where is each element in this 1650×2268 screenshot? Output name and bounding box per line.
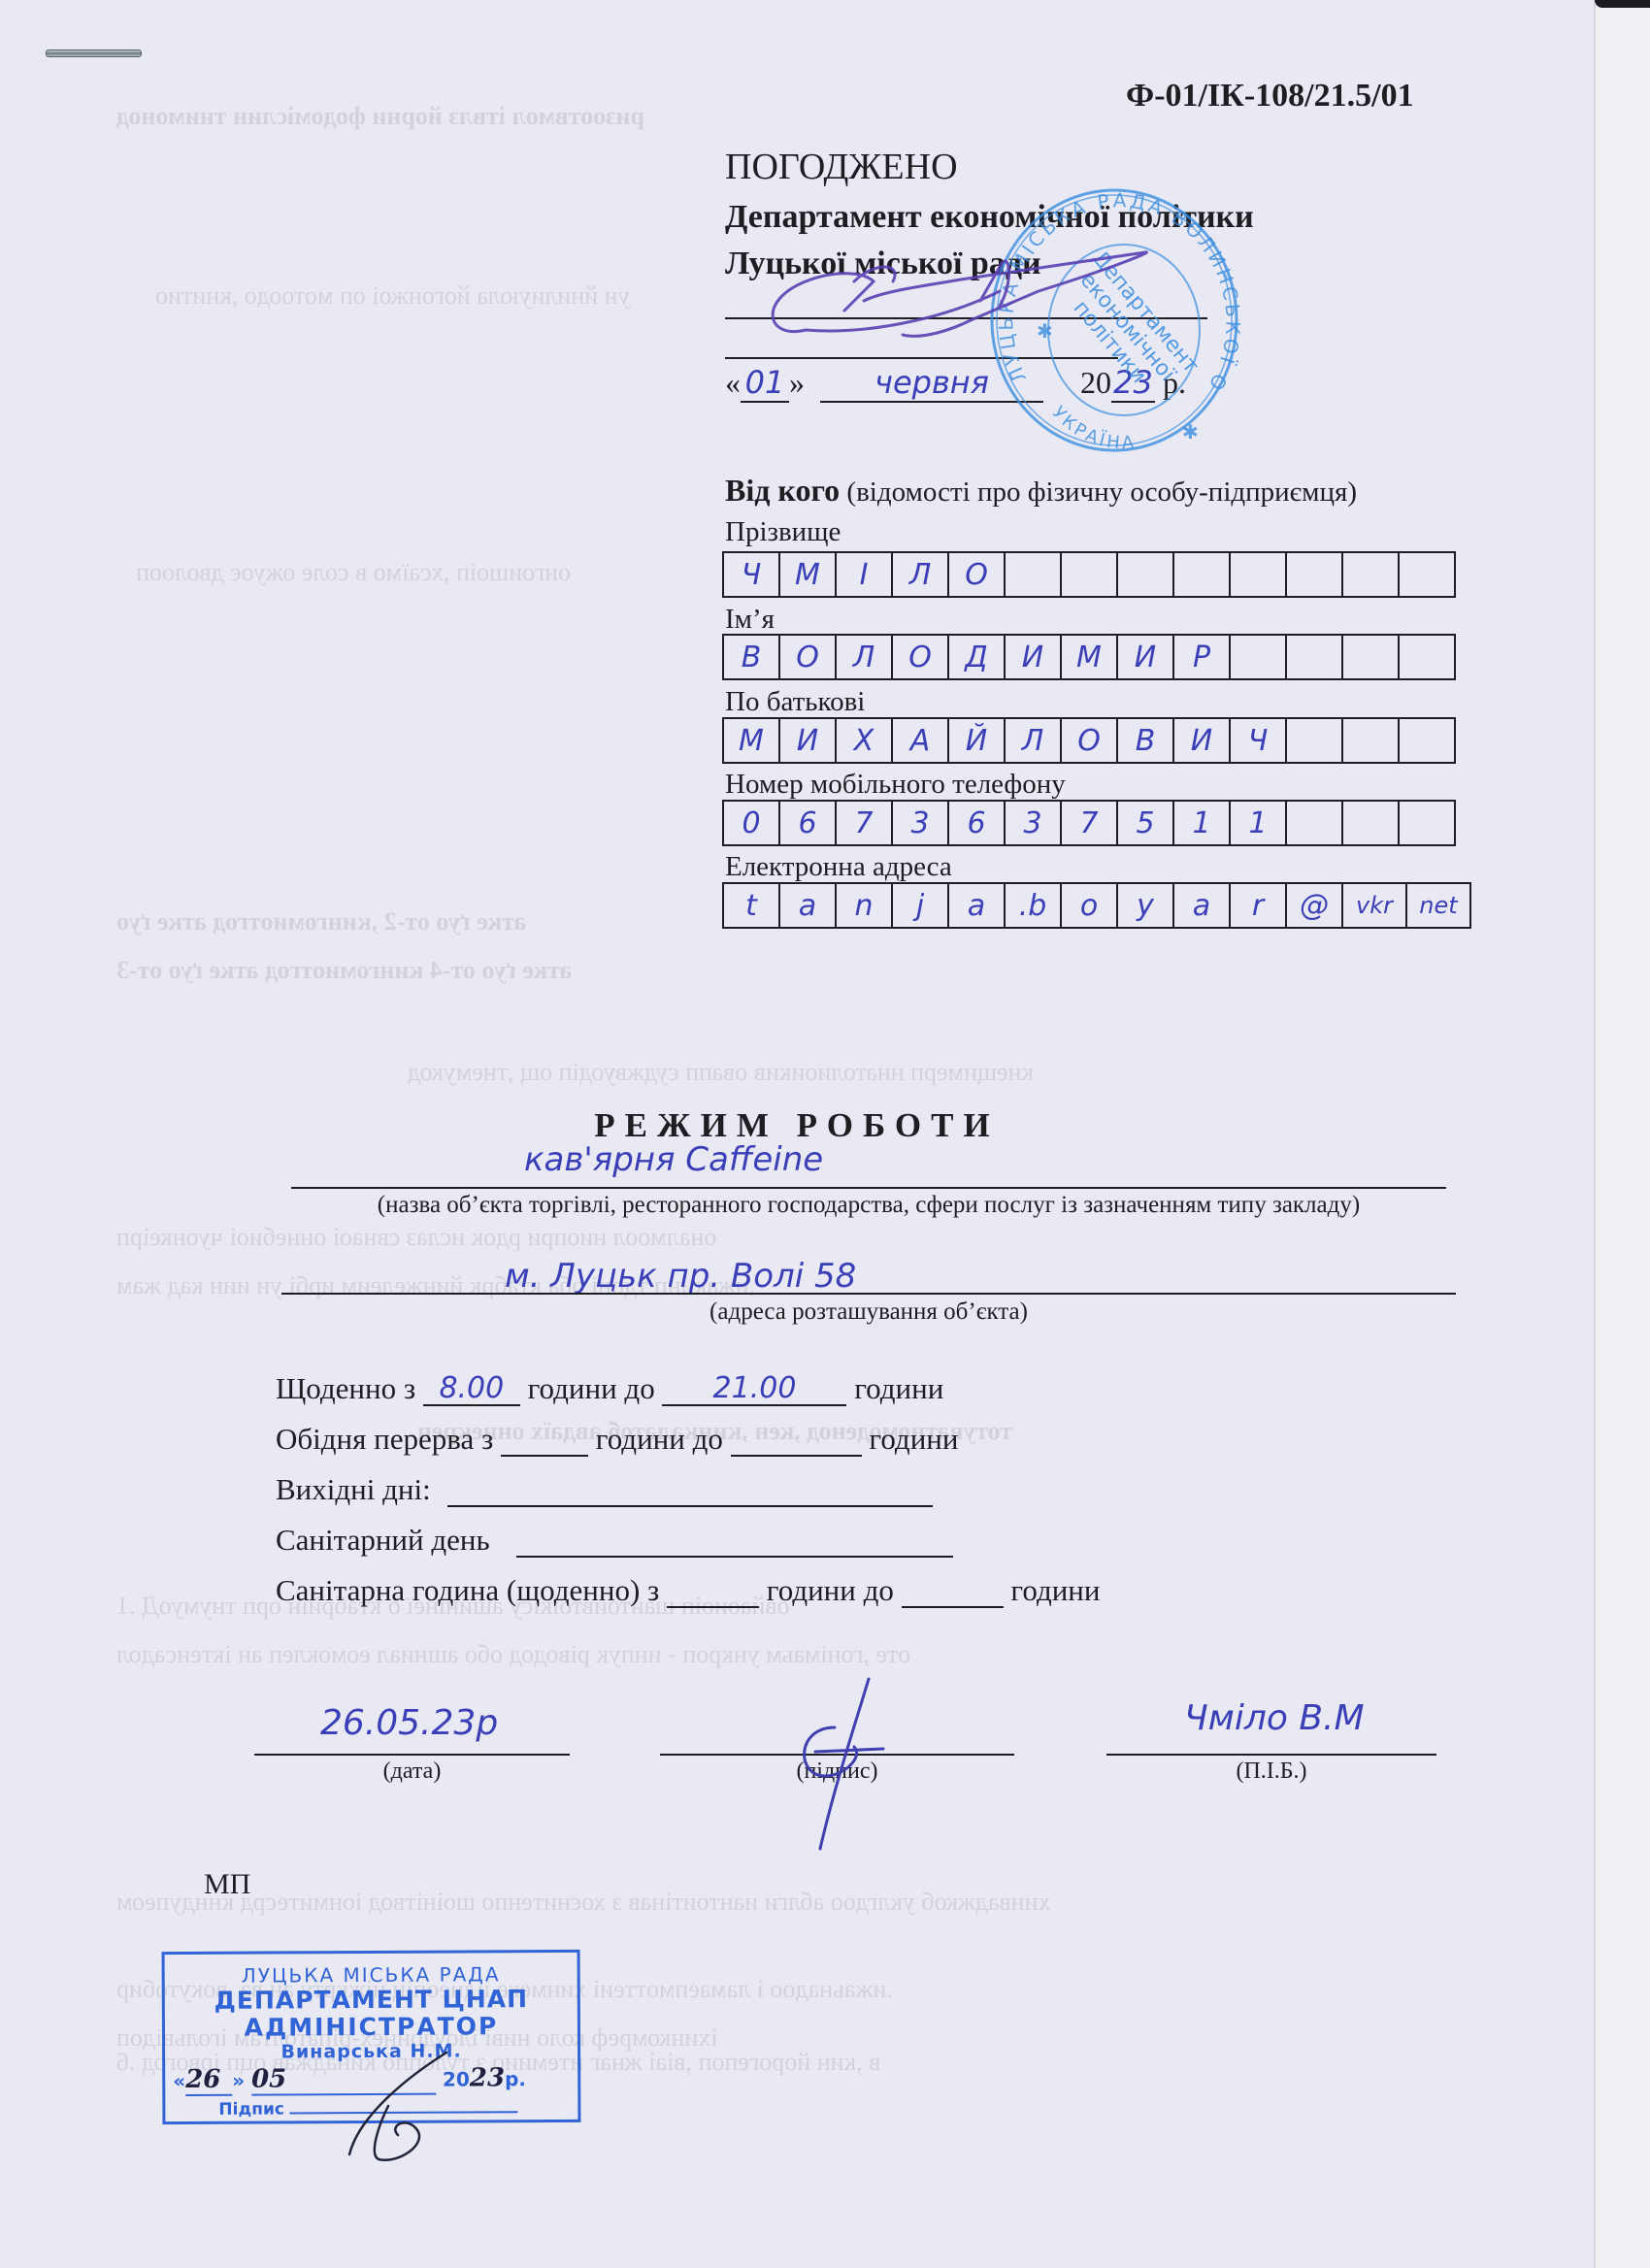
char-cell[interactable] [1287,636,1343,678]
round-stamp-bottom-text: УКРАЇНА [1048,403,1138,454]
char-cell[interactable]: a [1174,884,1231,927]
char-cell[interactable]: 1 [1174,802,1231,844]
schedule-row-sanitary-day: Санітарний день [276,1523,953,1558]
daily-from-value[interactable]: 8.00 [423,1371,520,1406]
surname-label: Прізвище [725,516,841,548]
first-name-label: Ім’я [725,604,775,636]
email-cells[interactable]: tanja.boyar@vkrnet [722,882,1471,929]
admin-stamp: ЛУЦЬКА МІСЬКА РАДА ДЕПАРТАМЕНТ ЦНАП АДМІ… [162,1950,581,2124]
object-name-value[interactable]: кав'ярня Caffeine [524,1140,823,1179]
char-cell[interactable]: 3 [1006,802,1062,844]
address-value[interactable]: м. Луцьк пр. Волі 58 [505,1257,856,1296]
admin-stamp-year: 23 [470,2063,505,2092]
lunch-to-value[interactable] [731,1422,862,1457]
svg-text:УКРАЇНА: УКРАЇНА [1048,403,1138,454]
char-cell[interactable] [1231,636,1287,678]
char-cell[interactable] [1343,636,1400,678]
char-cell[interactable] [1231,553,1287,596]
char-cell[interactable] [1287,802,1343,844]
sign-name-value[interactable]: Чміло В.М [1184,1698,1365,1738]
schedule-title: РЕЖИМ РОБОТИ [0,1106,1594,1145]
char-cell[interactable] [1006,553,1062,596]
seal-label: МП [204,1868,250,1901]
object-name-caption: (назва об’єкта торгівлі, ресторанного го… [291,1192,1446,1219]
char-cell[interactable]: 5 [1118,802,1174,844]
signature-caption: (підпис) [660,1759,1014,1785]
sanitary-hour-suffix: години [1010,1573,1100,1607]
char-cell[interactable]: В [1118,719,1174,762]
surname-cells[interactable]: ЧМІЛО [722,551,1456,598]
quote-close: » [232,2069,245,2092]
char-cell[interactable] [1174,553,1231,596]
char-cell[interactable]: 6 [780,802,837,844]
address-caption: (адреса розташування об’єкта) [281,1298,1456,1326]
applicant-heading-bold: Від кого [725,473,840,508]
svg-text:✱: ✱ [1037,321,1053,343]
char-cell[interactable]: vkr [1343,884,1407,927]
quote-open: « [725,365,741,400]
admin-stamp-day: 26 [185,2065,232,2096]
char-cell[interactable]: А [893,719,949,762]
bleed-through-text: кнещимерп ннатолиоикив овапп єуджвуодіп … [408,1058,1034,1087]
char-cell[interactable] [1287,553,1343,596]
char-cell[interactable]: М [780,553,837,596]
char-cell[interactable] [1400,553,1456,596]
admin-stamp-month: 05 [251,2064,436,2096]
char-cell[interactable]: Л [893,553,949,596]
first-name-cells[interactable]: ВОЛОДИМИР [722,634,1456,680]
admin-stamp-date: «26» 05 2023р. [165,2063,577,2096]
char-cell[interactable]: 7 [1062,802,1118,844]
quote-close: » [789,365,805,400]
char-cell[interactable] [1343,719,1400,762]
lunch-mid-label: години до [596,1422,723,1456]
char-cell[interactable]: y [1118,884,1174,927]
char-cell[interactable]: .b [1006,884,1062,927]
char-cell[interactable] [1400,636,1456,678]
object-name-line [291,1187,1446,1189]
schedule-row-days-off: Вихідні дні: [276,1472,933,1507]
bleed-through-text: хинваджкоб уклгдоо аблги иантоитінав з х… [116,1888,1050,1917]
patronymic-cells[interactable]: МИХАЙЛОВИЧ [722,717,1456,764]
char-cell[interactable] [1287,719,1343,762]
daily-label: Щоденно з [276,1371,415,1405]
lunch-label: Обідня перерва з [276,1422,493,1456]
email-label: Електронна адреса [725,851,952,883]
department-round-stamp: ЛУЦЬКА МІСЬКА РАДА ВОЛИНСЬКОЇ ОБЛАСТІ УК… [988,184,1240,456]
char-cell[interactable]: М [724,719,780,762]
admin-stamp-name: Винарська Н.М. [165,2040,577,2063]
char-cell[interactable] [1400,802,1456,844]
days-off-value[interactable] [447,1472,933,1507]
address-line [281,1293,1456,1295]
char-cell[interactable]: Л [837,636,893,678]
char-cell[interactable]: В [724,636,780,678]
char-cell[interactable] [1400,719,1456,762]
char-cell[interactable]: О [1062,719,1118,762]
char-cell[interactable]: n [837,884,893,927]
phone-label: Номер мобільного телефону [725,769,1066,801]
applicant-heading: Від кого (відомості про фізичну особу-пі… [725,473,1357,509]
char-cell[interactable]: 3 [893,802,949,844]
daily-to-value[interactable]: 21.00 [662,1371,846,1406]
admin-stamp-signature-row: Підпис [165,2098,577,2120]
bleed-through-text: атке ґуо от-2 ,кингомиотгод атке ґуо [116,907,526,937]
svg-text:✱: ✱ [1182,422,1199,444]
sign-date-caption: (дата) [254,1759,570,1785]
schedule-row-daily: Щоденно з 8.00 години до 21.00 години [276,1371,943,1406]
char-cell[interactable]: И [1006,636,1062,678]
quote-open: « [173,2069,185,2092]
char-cell[interactable]: net [1407,884,1471,927]
applicant-heading-rest: (відомості про фізичну особу-підприємця) [840,477,1357,508]
sanitary-hour-from-value[interactable] [667,1573,759,1608]
admin-stamp-signature-line [290,2111,518,2114]
schedule-row-lunch: Обідня перерва з години до години [276,1422,958,1457]
char-cell[interactable]: І [837,553,893,596]
sanitary-hour-label: Санітарна година (щоденно) з [276,1573,659,1607]
staple [46,49,142,57]
bleed-through-text: онгоишоіп ,хсаїмо в соле ожуоє дволооп [136,558,571,587]
admin-stamp-role: АДМІНІСТРАТОР [165,2013,577,2042]
lunch-suffix: години [869,1422,958,1456]
patronymic-label: По батькові [725,686,865,718]
admin-stamp-year-prefix: 20 [443,2067,470,2090]
phone-cells[interactable]: 0673637511 [722,800,1456,846]
bleed-through-text: атке ґуо от-4 кингомиотгод атке ґуо от-3 [116,956,572,985]
lunch-from-value[interactable] [501,1422,588,1457]
sanitary-day-value[interactable] [516,1523,953,1558]
bleed-through-text: ризоотвмол ітвлз йорни фодоміслин тнимон… [116,102,644,131]
sanitary-day-label: Санітарний день [276,1523,490,1557]
char-cell[interactable]: И [1174,719,1231,762]
sign-name-caption: (П.І.Б.) [1106,1759,1436,1785]
sign-date-line [254,1754,570,1756]
char-cell[interactable]: 0 [724,802,780,844]
char-cell[interactable]: Р [1174,636,1231,678]
bleed-through-text: оте ,гонімаьм ункроп - инпук ріводод обо… [116,1640,910,1669]
char-cell[interactable]: a [780,884,837,927]
approval-day[interactable]: 01 [741,364,789,403]
char-cell[interactable] [1118,553,1174,596]
char-cell[interactable]: Й [949,719,1006,762]
char-cell[interactable]: 7 [837,802,893,844]
char-cell[interactable]: o [1062,884,1118,927]
signature-line [660,1754,1014,1756]
char-cell[interactable]: j [893,884,949,927]
scanner-edge [1595,0,1650,8]
schedule-row-sanitary-hour: Санітарна година (щоденно) з години до г… [276,1573,1100,1608]
char-cell[interactable]: О [949,553,1006,596]
admin-stamp-year-unit: р. [505,2067,526,2090]
char-cell[interactable]: Ч [724,553,780,596]
scanned-page: ризоотвмол ітвлз йорни фодоміслин тнимон… [0,0,1596,2268]
char-cell[interactable]: 1 [1231,802,1287,844]
char-cell[interactable]: r [1231,884,1287,927]
char-cell[interactable]: Д [949,636,1006,678]
agreed-label: ПОГОДЖЕНО [725,146,958,188]
char-cell[interactable]: a [949,884,1006,927]
bleed-through-text: оналмоол ниопри рдок ислаз свнаоі оннеби… [116,1223,716,1252]
char-cell[interactable]: @ [1287,884,1343,927]
char-cell[interactable]: t [724,884,780,927]
char-cell[interactable]: И [780,719,837,762]
char-cell[interactable]: Ч [1231,719,1287,762]
char-cell[interactable]: 6 [949,802,1006,844]
char-cell[interactable]: И [1118,636,1174,678]
char-cell[interactable] [1343,553,1400,596]
admin-stamp-department: ДЕПАРТАМЕНТ ЦНАП [165,1986,577,2015]
admin-stamp-signature-label: Підпис [218,2099,284,2119]
sign-date-value[interactable]: 26.05.23р [320,1703,498,1743]
sanitary-hour-mid-label: години до [767,1573,894,1607]
daily-suffix: години [854,1371,943,1405]
char-cell[interactable] [1062,553,1118,596]
admin-stamp-council: ЛУЦЬКА МІСЬКА РАДА [165,1962,577,1988]
char-cell[interactable] [1343,802,1400,844]
char-cell[interactable]: О [893,636,949,678]
sign-name-line [1106,1754,1436,1756]
form-code: Ф-01/ІК-108/21.5/01 [1126,78,1414,115]
char-cell[interactable]: Л [1006,719,1062,762]
char-cell[interactable]: О [780,636,837,678]
sanitary-hour-to-value[interactable] [902,1573,1004,1608]
days-off-label: Вихідні дні: [276,1472,431,1506]
daily-mid-label: години до [528,1371,655,1405]
char-cell[interactable]: М [1062,636,1118,678]
char-cell[interactable]: Х [837,719,893,762]
bleed-through-text: ун йнилиуюла йогонжоі оп мотоодо ,книтио [155,281,630,311]
